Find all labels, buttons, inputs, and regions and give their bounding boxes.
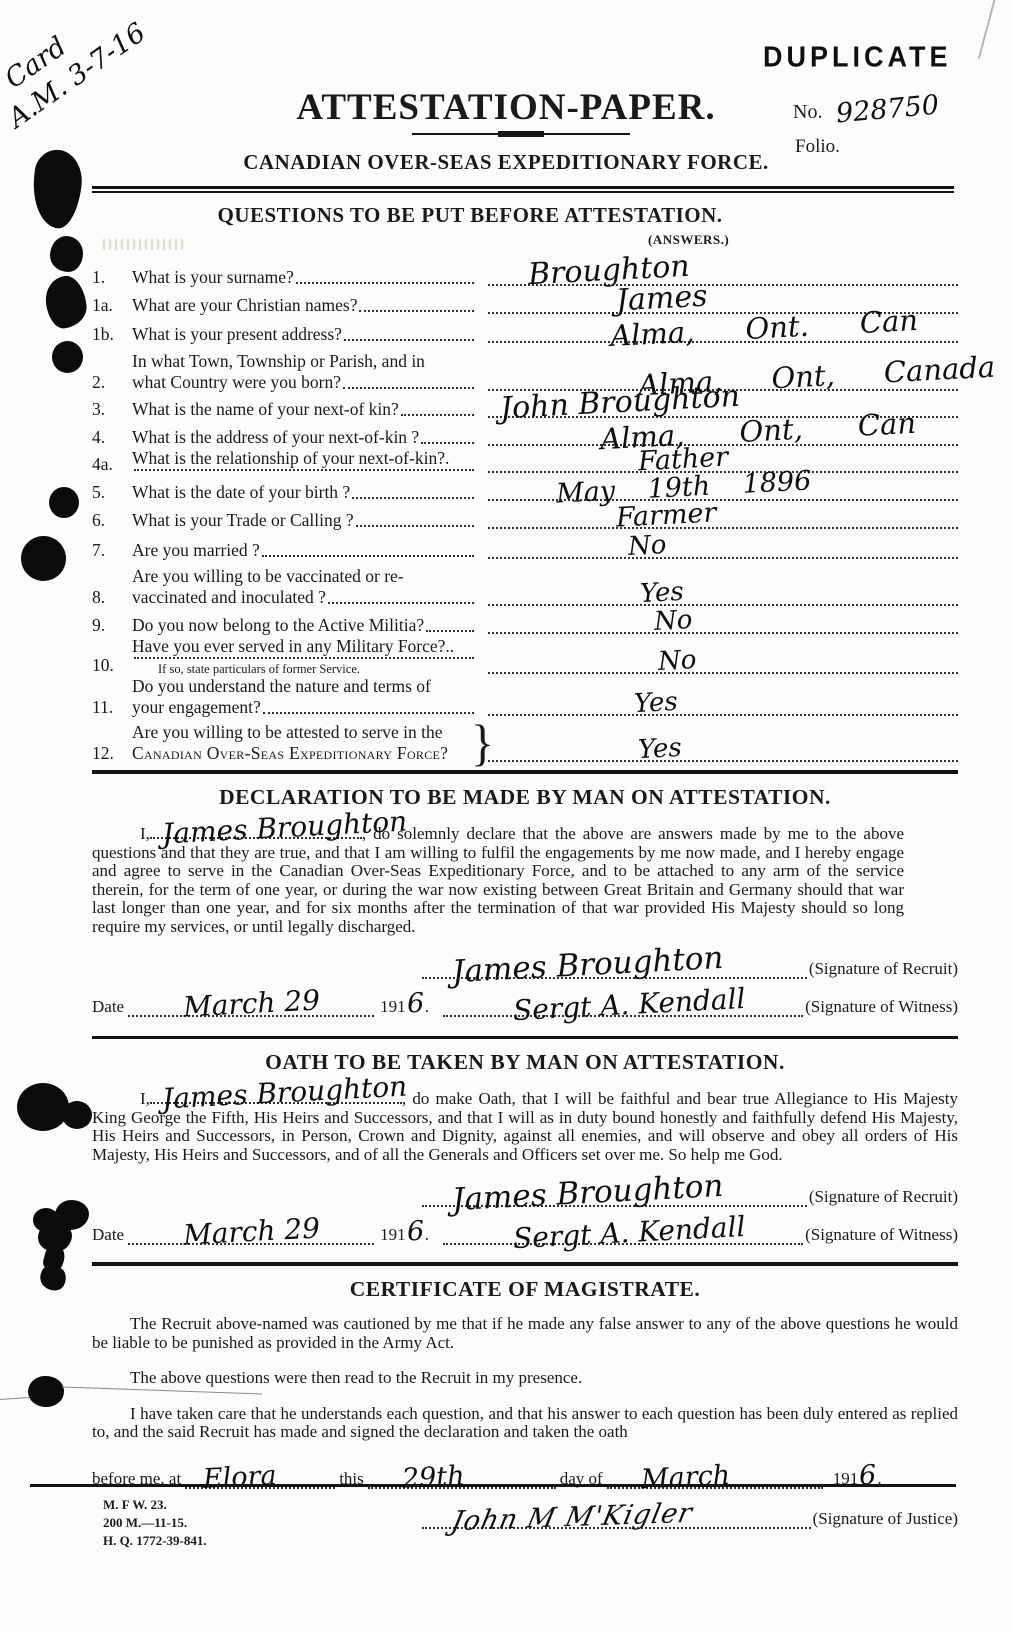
ink-blob [52,341,83,373]
ink-blob [62,1101,92,1129]
recruit-signature-row: James Broughton (Signature of Recruit) [92,1181,958,1207]
form-footer: M. F W. 23. 200 M.—11-15. H. Q. 1772-39-… [103,1496,207,1550]
answer-line [488,604,958,606]
question-row: 12. Are you willing to be attested to se… [92,718,958,764]
date-witness-row: Date March 29 1916. Sergt A. Kendall (Si… [92,985,958,1017]
answer-value: No [627,532,667,560]
oath-heading: OATH TO BE TAKEN BY MAN ON ATTESTATION. [92,1050,958,1075]
question-subtext: If so, state particulars of former Servi… [132,662,476,676]
ink-blob [50,236,83,272]
ink-blob [36,1262,70,1295]
question-row: 2. In what Town, Township or Parish, and… [92,345,958,393]
witness-signature-line: Sergt A. Kendall [443,995,803,1017]
recruit-signature: James Broughton [451,943,724,988]
witness-signature: Sergt A. Kendall [512,985,746,1025]
faint-stamp-artifact [103,239,185,250]
form-number-value: 928750 [835,92,940,128]
signature-of-witness-label: (Signature of Witness) [805,997,958,1017]
questions-list: 1. What is your surname? Broughton 1a. W… [92,258,958,764]
question-row: 4a. What is the relationship of your nex… [92,448,958,475]
oath-paragraph: I,James Broughton, do make Oath, that I … [92,1088,958,1164]
answer-value: Yes [633,689,678,717]
magistrate-paragraph-2: The above questions were then read to th… [92,1369,958,1388]
question-row: 5. What is the date of your birth ? May … [92,475,958,503]
answer-line [488,557,958,559]
question-row: 1b. What is your present address? Alma, … [92,316,958,345]
ink-blob [49,487,79,518]
date-label: Date [92,997,124,1017]
answer-value: Yes [637,735,682,763]
oath-section: OATH TO BE TAKEN BY MAN ON ATTESTATION. … [92,1036,958,1245]
date-line: March 29 [128,1223,374,1245]
year-value: 1916. [380,1218,429,1245]
answer-line [488,527,958,529]
question-row: 1. What is your surname? Broughton [92,258,958,288]
question-row: 6. What is your Trade or Calling ? Farme… [92,503,958,531]
questions-heading: QUESTIONS TO BE PUT BEFORE ATTESTATION. [0,203,940,228]
witness-signature: Sergt A. Kendall [512,1213,746,1253]
answer-value: James [615,282,708,317]
form-code-3: H. Q. 1772-39-841. [103,1532,207,1550]
declaration-heading: DECLARATION TO BE MADE BY MAN ON ATTESTA… [92,785,958,810]
signature-of-justice-label: (Signature of Justice) [813,1509,958,1529]
justice-signature: John M M'Kigler [449,1499,695,1535]
form-number-label: No. [793,101,822,123]
witness-signature-line: Sergt A. Kendall [443,1223,803,1245]
answer-value: No [653,607,693,635]
recruit-signature-row: James Broughton (Signature of Recruit) [92,953,958,979]
section-rule [92,1262,958,1266]
answer-line [488,632,958,634]
magistrate-paragraph-3: I have taken care that he understands ea… [92,1405,958,1442]
answer-line [488,714,958,716]
recruit-signature: James Broughton [451,1171,724,1216]
section-rule [92,770,958,774]
signature-of-recruit-label: (Signature of Recruit) [809,959,958,979]
magistrate-heading: CERTIFICATE OF MAGISTRATE. [92,1277,958,1302]
answers-label: (ANSWERS.) [648,232,729,248]
fold-mark [978,0,996,59]
ink-squiggle [0,1397,30,1400]
signature-of-witness-label: (Signature of Witness) [805,1225,958,1245]
date-label: Date [92,1225,124,1245]
form-code-1: M. F W. 23. [103,1496,207,1514]
day-value: 29th [401,1462,465,1492]
ink-blob [21,536,66,581]
magistrate-paragraph-1: The Recruit above-named was cautioned by… [92,1315,958,1352]
signature-of-recruit-label: (Signature of Recruit) [809,1187,958,1207]
year-value: 1916. [380,990,429,1017]
month-value: March [640,1461,730,1493]
title-underline [412,133,630,135]
justice-signature-row: John M M'Kigler (Signature of Justice) [92,1503,958,1529]
double-rule [92,186,954,193]
declaration-paragraph: I,James Broughton, do solemnly declare t… [92,823,904,936]
answer-line [488,672,958,674]
ink-blob [28,1376,64,1407]
name-blank: James Broughton [150,1088,402,1104]
signature-line: John M M'Kigler [422,1507,811,1529]
date-value: March 29 [182,1214,320,1249]
form-number: No.928750 [793,96,940,124]
duplicate-stamp: DUPLICATE [763,41,952,74]
question-row: 11. Do you understand the nature and ter… [92,676,958,718]
place-value: Elora [203,1462,278,1493]
answer-value: Farmer [615,499,717,531]
ink-blob [43,274,89,330]
section-rule [92,1036,958,1039]
question-row: 8. Are you willing to be vaccinated or r… [92,561,958,608]
answer-value: Yes [639,579,684,607]
question-row: 10. Have you ever served in any Military… [92,636,958,676]
form-code-2: 200 M.—11-15. [103,1514,207,1532]
question-row: 9. Do you now belong to the Active Milit… [92,608,958,636]
declaration-section: DECLARATION TO BE MADE BY MAN ON ATTESTA… [92,770,958,1017]
ink-blob [17,1083,69,1131]
date-value: March 29 [182,986,320,1021]
attestation-paper-scan: Card A.M. 3-7-16 DUPLICATE ATTESTATION-P… [0,0,1012,1632]
force-title: CANADIAN OVER-SEAS EXPEDITIONARY FORCE. [0,150,1012,175]
question-row: 7. Are you married ? No [92,531,958,561]
date-witness-row: Date March 29 1916. Sergt A. Kendall (Si… [92,1213,958,1245]
signature-line: James Broughton [422,1185,807,1207]
bottom-rule [30,1484,956,1487]
magistrate-section: CERTIFICATE OF MAGISTRATE. The Recruit a… [92,1262,958,1529]
answer-line [488,760,958,762]
signature-line: James Broughton [422,957,807,979]
answer-value: No [657,647,697,675]
name-blank: James Broughton [150,823,362,839]
date-line: March 29 [128,995,374,1017]
